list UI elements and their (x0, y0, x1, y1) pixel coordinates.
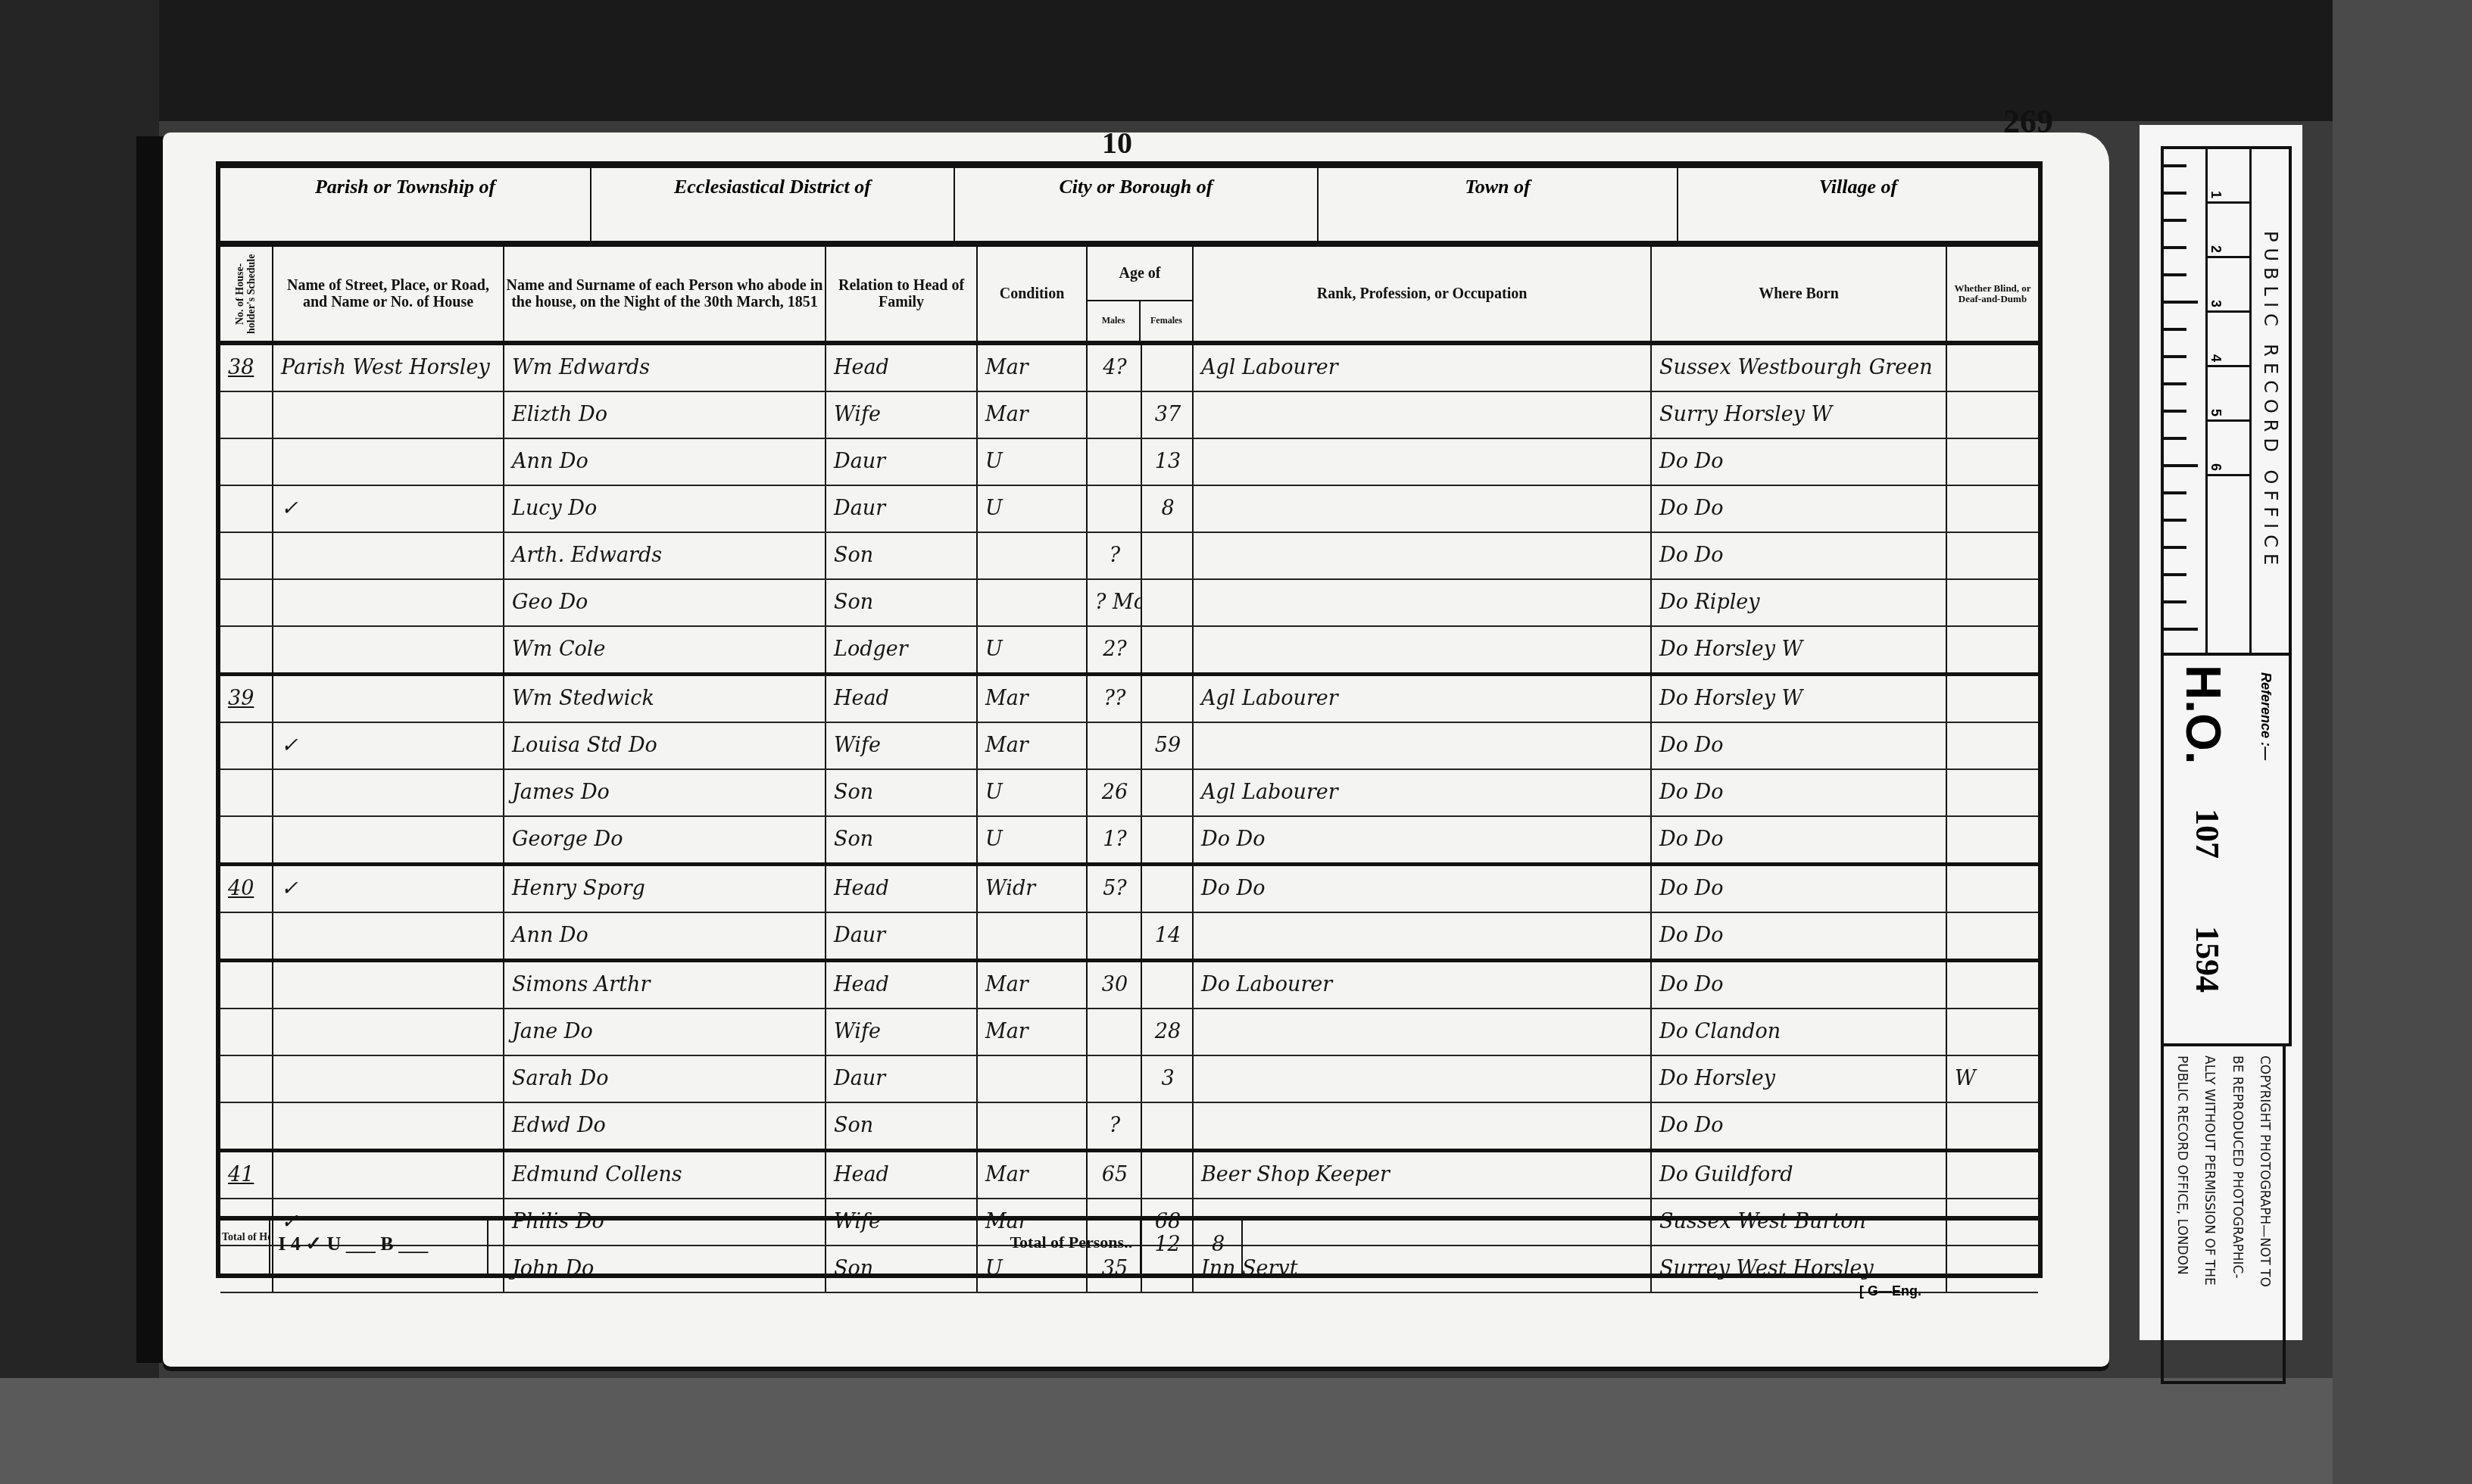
cell-occupation (1194, 913, 1652, 959)
cell-occupation (1194, 1056, 1652, 1102)
ruler-tick (2164, 355, 2186, 358)
cell-relation: Head (826, 676, 978, 722)
cell-schedule (220, 580, 273, 625)
cell-street (273, 817, 504, 862)
cell-name: Edwd Do (504, 1103, 826, 1149)
ruler-ticks (2164, 149, 2208, 653)
reference-label-strip: 123456 PUBLIC RECORD OFFICE Reference :—… (2140, 125, 2302, 1340)
cell-age-m (1088, 1056, 1142, 1102)
cell-occupation (1194, 627, 1652, 672)
cell-occupation: Do Do (1194, 817, 1652, 862)
cell-name: Henry Sporg (504, 866, 826, 912)
ruler-tick (2164, 519, 2186, 522)
cell-condition: Mar (978, 676, 1088, 722)
header-age: Age of Males Females (1088, 247, 1194, 341)
ruler-tick (2164, 219, 2186, 222)
cell-age-m (1088, 486, 1142, 532)
cell-relation: Head (826, 962, 978, 1008)
cell-where-born: Do Do (1652, 533, 1947, 578)
table-row: Sarah DoDaur3Do HorsleyW (220, 1056, 2038, 1103)
cell-condition: Mar (978, 392, 1088, 438)
table-row: 41Edmund CollensHeadMar65Beer Shop Keepe… (220, 1152, 2038, 1199)
cell-occupation (1194, 1009, 1652, 1055)
cell-age-m (1088, 913, 1142, 959)
cell-age-m: 1? (1088, 817, 1142, 862)
cell-age-m: 2? (1088, 627, 1142, 672)
cell-blind (1947, 439, 2038, 485)
folio-number: 10 (1102, 125, 1132, 161)
cell-where-born: Do Do (1652, 723, 1947, 768)
ruler-tick (2164, 600, 2186, 603)
cell-relation: Daur (826, 913, 978, 959)
cell-name: Simons Arthr (504, 962, 826, 1008)
cell-street: ✓ (273, 866, 504, 912)
cell-name: Ann Do (504, 913, 826, 959)
cell-name: Lucy Do (504, 486, 826, 532)
total-houses-label: Total of Houses (220, 1221, 270, 1274)
ruler-tick (2164, 382, 2186, 385)
total-houses-value: I 4 ✓ U ___ B ___ (270, 1221, 488, 1274)
cell-age-f (1142, 817, 1194, 862)
cell-schedule (220, 392, 273, 438)
cell-age-m (1088, 1009, 1142, 1055)
background-top (0, 0, 2472, 121)
ruler-number: 4 (2208, 313, 2249, 367)
cell-age-m: ? Months (1088, 580, 1142, 625)
cell-name: Wm Cole (504, 627, 826, 672)
cell-street (273, 676, 504, 722)
cell-blind (1947, 723, 2038, 768)
cell-condition: Mar (978, 345, 1088, 391)
cell-age-f (1142, 533, 1194, 578)
cell-occupation (1194, 580, 1652, 625)
cell-name: Sarah Do (504, 1056, 826, 1102)
cell-where-born: Do Do (1652, 913, 1947, 959)
reference-piece: 1594 (2188, 926, 2227, 993)
cell-condition (978, 580, 1088, 625)
table-row: ✓Lucy DoDaurU8Do Do (220, 486, 2038, 533)
cell-schedule (220, 913, 273, 959)
cell-schedule (220, 770, 273, 815)
totals-blank (1243, 1221, 2038, 1274)
cell-schedule (220, 723, 273, 768)
cell-age-m: ? (1088, 533, 1142, 578)
table-row: Jane DoWifeMar28Do Clandon (220, 1009, 2038, 1056)
cell-street (273, 913, 504, 959)
cell-blind (1947, 866, 2038, 912)
reference-code: H.O. (2179, 665, 2227, 765)
cell-schedule (220, 1009, 273, 1055)
cell-where-born: Do Do (1652, 866, 1947, 912)
cell-name: Ann Do (504, 439, 826, 485)
header-name: Name and Surname of each Person who abod… (504, 247, 826, 341)
reference-label: Reference :— (2258, 672, 2274, 760)
cell-occupation (1194, 1103, 1652, 1149)
cell-where-born: Do Do (1652, 439, 1947, 485)
cell-age-m: 4? (1088, 345, 1142, 391)
census-form: Parish or Township of Ecclesiastical Dis… (216, 161, 2043, 1278)
cell-schedule (220, 439, 273, 485)
cell-age-f (1142, 866, 1194, 912)
table-row: Ann DoDaurU13Do Do (220, 439, 2038, 486)
header-schedule: No. of House-holder's Schedule (220, 247, 273, 341)
cell-schedule (220, 533, 273, 578)
ruler-tick (2164, 573, 2186, 576)
cell-blind (1947, 676, 2038, 722)
cell-street: Parish West Horsley (273, 345, 504, 391)
table-row: Wm ColeLodgerU2?Do Horsley W (220, 627, 2038, 676)
cell-blind (1947, 627, 2038, 672)
ruler-tick (2164, 410, 2186, 413)
village-label: Village of (1678, 168, 2038, 241)
cell-age-f: 8 (1142, 486, 1194, 532)
cell-blind (1947, 770, 2038, 815)
header-street: Name of Street, Place, or Road, and Name… (273, 247, 504, 341)
cell-age-f: 3 (1142, 1056, 1194, 1102)
cell-relation: Daur (826, 486, 978, 532)
office-title: PUBLIC RECORD OFFICE (2252, 149, 2289, 653)
cell-condition: U (978, 770, 1088, 815)
cell-condition: U (978, 439, 1088, 485)
cell-age-f: 28 (1142, 1009, 1194, 1055)
cell-schedule (220, 627, 273, 672)
total-males: 12 (1141, 1221, 1194, 1274)
cell-age-f: 37 (1142, 392, 1194, 438)
background-right (2333, 0, 2472, 1484)
printer-mark: [ G—Eng. (1859, 1283, 1921, 1299)
cell-where-born: Do Horsley W (1652, 627, 1947, 672)
cell-age-m: 65 (1088, 1152, 1142, 1198)
cell-where-born: Do Do (1652, 770, 1947, 815)
ruler-tick (2164, 273, 2186, 276)
ruler-number: 5 (2208, 367, 2249, 422)
cell-condition: U (978, 817, 1088, 862)
header-females: Females (1141, 301, 1192, 341)
scale-ruler: 123456 PUBLIC RECORD OFFICE (2161, 146, 2292, 656)
cell-relation: Head (826, 1152, 978, 1198)
cell-where-born: Do Do (1652, 962, 1947, 1008)
cell-occupation (1194, 486, 1652, 532)
cell-schedule (220, 486, 273, 532)
total-females: 8 (1194, 1221, 1243, 1274)
cell-age-m: 5? (1088, 866, 1142, 912)
ruler-number: 6 (2208, 422, 2249, 476)
cell-occupation: Agl Labourer (1194, 770, 1652, 815)
cell-occupation: Do Labourer (1194, 962, 1652, 1008)
reference-box: Reference :— H.O. 107 1594 (2161, 650, 2292, 1046)
cell-street (273, 962, 504, 1008)
background-left (0, 0, 159, 1484)
cell-age-f (1142, 676, 1194, 722)
ruler-numbers: 123456 (2208, 149, 2252, 653)
cell-where-born: Do Do (1652, 486, 1947, 532)
cell-name: George Do (504, 817, 826, 862)
table-row: Arth. EdwardsSon?Do Do (220, 533, 2038, 580)
cell-name: Jane Do (504, 1009, 826, 1055)
cell-name: Wm Edwards (504, 345, 826, 391)
table-row: Geo DoSon? MonthsDo Ripley (220, 580, 2038, 627)
census-rows: 38Parish West HorsleyWm EdwardsHeadMar4?… (220, 345, 2038, 1293)
background-bottom (0, 1378, 2472, 1484)
cell-age-f (1142, 1103, 1194, 1149)
cell-occupation (1194, 533, 1652, 578)
cell-occupation: Agl Labourer (1194, 676, 1652, 722)
cell-name: Edmund Collens (504, 1152, 826, 1198)
table-row: George DoSonU1?Do DoDo Do (220, 817, 2038, 866)
cell-occupation: Do Do (1194, 866, 1652, 912)
cell-relation: Head (826, 866, 978, 912)
cell-relation: Wife (826, 723, 978, 768)
cell-relation: Son (826, 533, 978, 578)
cell-where-born: Do Horsley W (1652, 676, 1947, 722)
cell-schedule (220, 1103, 273, 1149)
table-row: Simons ArthrHeadMar30Do LabourerDo Do (220, 962, 2038, 1009)
header-occupation: Rank, Profession, or Occupation (1194, 247, 1652, 341)
ruler-tick (2164, 246, 2186, 249)
cell-street (273, 392, 504, 438)
cell-relation: Wife (826, 1009, 978, 1055)
cell-schedule (220, 817, 273, 862)
town-label: Town of (1319, 168, 1678, 241)
cell-condition: Mar (978, 1009, 1088, 1055)
cell-name: Wm Stedwick (504, 676, 826, 722)
header-condition: Condition (978, 247, 1088, 341)
cell-relation: Son (826, 817, 978, 862)
ruler-tick (2164, 164, 2186, 167)
cell-condition (978, 1103, 1088, 1149)
cell-blind (1947, 345, 2038, 391)
cell-where-born: Do Clandon (1652, 1009, 1947, 1055)
cell-age-m: ?? (1088, 676, 1142, 722)
cell-where-born: Do Do (1652, 817, 1947, 862)
cell-street (273, 439, 504, 485)
ruler-tick (2164, 437, 2186, 440)
cell-schedule: 38 (220, 345, 273, 391)
folio-stamp: 269 (2003, 102, 2053, 141)
cell-where-born: Surry Horsley W (1652, 392, 1947, 438)
cell-blind (1947, 580, 2038, 625)
header-where-born: Where Born (1652, 247, 1947, 341)
cell-schedule (220, 962, 273, 1008)
ruler-number: 2 (2208, 204, 2249, 258)
cell-where-born: Do Guildford (1652, 1152, 1947, 1198)
cell-blind (1947, 1009, 2038, 1055)
table-row: 40✓Henry SporgHeadWidr5?Do DoDo Do (220, 866, 2038, 913)
cell-name: Geo Do (504, 580, 826, 625)
cell-blind: W (1947, 1056, 2038, 1102)
cell-relation: Daur (826, 1056, 978, 1102)
cell-name: Arth. Edwards (504, 533, 826, 578)
cell-occupation (1194, 392, 1652, 438)
cell-age-f (1142, 770, 1194, 815)
cell-street: ✓ (273, 486, 504, 532)
table-row: ✓Louisa Std DoWifeMar59Do Do (220, 723, 2038, 770)
cell-condition: U (978, 627, 1088, 672)
cell-condition (978, 533, 1088, 578)
cell-name: Elizth Do (504, 392, 826, 438)
cell-condition: Mar (978, 962, 1088, 1008)
header-blind: Whether Blind, or Deaf-and-Dumb (1947, 247, 2038, 341)
table-row: 39Wm StedwickHeadMar??Agl LabourerDo Hor… (220, 676, 2038, 723)
cell-age-m (1088, 723, 1142, 768)
cell-name: Louisa Std Do (504, 723, 826, 768)
cell-street (273, 533, 504, 578)
cell-age-f (1142, 580, 1194, 625)
cell-street (273, 580, 504, 625)
table-row: Elizth DoWifeMar37Surry Horsley W (220, 392, 2038, 439)
cell-age-f: 59 (1142, 723, 1194, 768)
cell-age-f (1142, 345, 1194, 391)
cell-name: James Do (504, 770, 826, 815)
ecclesiastical-label: Ecclesiastical District of (591, 168, 955, 241)
cell-street (273, 1056, 504, 1102)
cell-where-born: Do Horsley (1652, 1056, 1947, 1102)
cell-where-born: Do Ripley (1652, 580, 1947, 625)
cell-relation: Wife (826, 392, 978, 438)
cell-condition: Widr (978, 866, 1088, 912)
cell-street (273, 770, 504, 815)
cell-street (273, 1152, 504, 1198)
cell-condition: U (978, 486, 1088, 532)
ruler-tick (2164, 491, 2186, 494)
cell-relation: Son (826, 770, 978, 815)
cell-age-m: 30 (1088, 962, 1142, 1008)
cell-condition (978, 1056, 1088, 1102)
table-row: James DoSonU26Agl LabourerDo Do (220, 770, 2038, 817)
cell-blind (1947, 962, 2038, 1008)
ruler-tick (2164, 301, 2198, 304)
header-relation: Relation to Head of Family (826, 247, 978, 341)
cell-relation: Son (826, 1103, 978, 1149)
ruler-tick (2164, 628, 2198, 631)
cell-occupation: Beer Shop Keeper (1194, 1152, 1652, 1198)
cell-schedule: 40 (220, 866, 273, 912)
cell-blind (1947, 486, 2038, 532)
header-males: Males (1088, 301, 1141, 341)
census-page: 10 269 Parish or Township of Ecclesiasti… (163, 132, 2109, 1367)
cell-schedule: 41 (220, 1152, 273, 1198)
cell-street (273, 1103, 504, 1149)
cell-age-f (1142, 962, 1194, 1008)
ruler-tick (2164, 464, 2198, 467)
cell-age-f: 13 (1142, 439, 1194, 485)
cell-where-born: Sussex Westbourgh Green (1652, 345, 1947, 391)
cell-blind (1947, 1152, 2038, 1198)
table-row: 38Parish West HorsleyWm EdwardsHeadMar4?… (220, 345, 2038, 392)
cell-age-f (1142, 1152, 1194, 1198)
cell-age-m: ? (1088, 1103, 1142, 1149)
parish-label: Parish or Township of (220, 168, 591, 241)
cell-age-m: 26 (1088, 770, 1142, 815)
totals-row: Total of Houses I 4 ✓ U ___ B ___ Total … (220, 1216, 2038, 1274)
cell-age-f (1142, 627, 1194, 672)
cell-age-m (1088, 392, 1142, 438)
cell-age-f: 14 (1142, 913, 1194, 959)
ruler-tick (2164, 328, 2186, 331)
cell-occupation (1194, 439, 1652, 485)
district-header: Parish or Township of Ecclesiastical Dis… (220, 168, 2038, 247)
cell-schedule (220, 1056, 273, 1102)
copyright-notice: COPYRIGHT PHOTOGRAPH—NOT TO BE REPRODUCE… (2161, 1043, 2286, 1384)
ruler-number: 3 (2208, 258, 2249, 313)
table-row: Edwd DoSon?Do Do (220, 1103, 2038, 1152)
cell-blind (1947, 392, 2038, 438)
cell-relation: Daur (826, 439, 978, 485)
cell-condition: Mar (978, 723, 1088, 768)
ruler-number: 1 (2208, 149, 2249, 204)
reference-class: 107 (2188, 809, 2227, 859)
cell-blind (1947, 1103, 2038, 1149)
cell-relation: Head (826, 345, 978, 391)
cell-blind (1947, 913, 2038, 959)
cell-occupation: Agl Labourer (1194, 345, 1652, 391)
cell-schedule: 39 (220, 676, 273, 722)
cell-blind (1947, 817, 2038, 862)
ruler-tick (2164, 546, 2186, 549)
cell-condition (978, 913, 1088, 959)
column-headers: No. of House-holder's Schedule Name of S… (220, 247, 2038, 345)
cell-blind (1947, 533, 2038, 578)
cell-relation: Lodger (826, 627, 978, 672)
cell-street (273, 627, 504, 672)
total-persons-label: Total of Persons.. (488, 1221, 1141, 1274)
city-label: City or Borough of (955, 168, 1319, 241)
cell-age-m (1088, 439, 1142, 485)
cell-relation: Son (826, 580, 978, 625)
cell-occupation (1194, 723, 1652, 768)
table-row: Ann DoDaur14Do Do (220, 913, 2038, 962)
cell-street: ✓ (273, 723, 504, 768)
cell-where-born: Do Do (1652, 1103, 1947, 1149)
ruler-tick (2164, 192, 2186, 195)
cell-street (273, 1009, 504, 1055)
cell-condition: Mar (978, 1152, 1088, 1198)
